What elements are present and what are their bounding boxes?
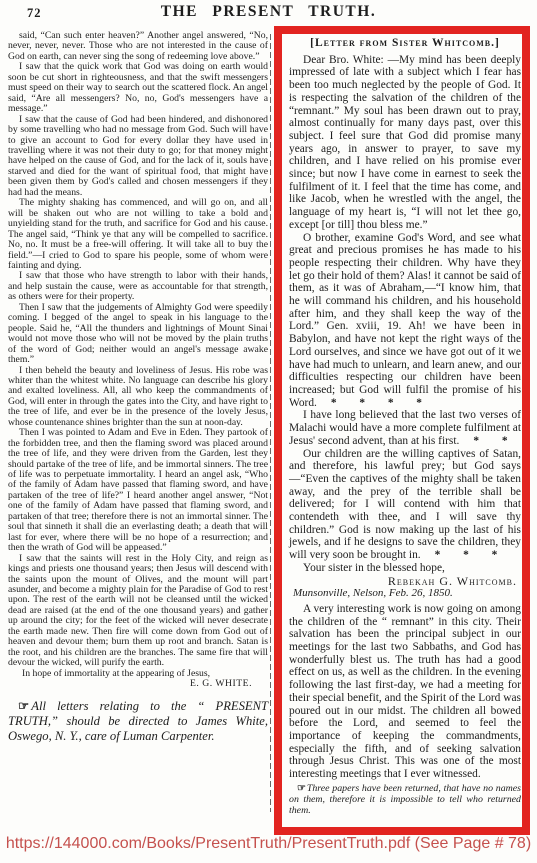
paragraph: The mighty shaking has commenced, and wi… [8, 198, 268, 271]
paragraph: I then beheld the beauty and loveliness … [8, 366, 268, 429]
editorial-notice: ☞All letters relating to the “ PRESENT T… [8, 699, 268, 745]
paragraph: I have long believed that the last two v… [289, 409, 521, 447]
asterisk-separator: * * [473, 435, 507, 447]
paragraph: I saw that the cause of God had been hin… [8, 115, 268, 199]
paragraph: Then I saw that the judgements of Almigh… [8, 303, 268, 366]
masthead-title: THE PRESENT TRUTH. [0, 3, 537, 21]
footer-caption: https://144000.com/Books/PresentTruth/Pr… [0, 835, 537, 853]
pointing-hand-icon: ☞ [297, 783, 306, 794]
paragraph: I saw that the saints will rest in the H… [8, 554, 268, 669]
paragraph: O brother, examine God's Word, and see w… [289, 232, 521, 410]
letter-dateline: Munsonville, Nelson, Feb. 26, 1850. [289, 587, 521, 600]
letter-paragraph-text: Dear Bro. White: —My mind has been deepl… [289, 54, 521, 231]
paragraph: said, “Can such enter heaven?” Another a… [8, 31, 268, 62]
letter-paragraph-text: O brother, examine God's Word, and see w… [289, 232, 521, 409]
letter-paragraph-text: Our children are the willing captives of… [289, 448, 521, 562]
paragraph: I saw that the quick work that God was d… [8, 62, 268, 114]
postscript-paragraph: A very interesting work is now going on … [289, 603, 521, 781]
column-divider [270, 34, 271, 812]
signature-eg-white: E. G. WHITE. [8, 679, 268, 689]
paragraph: Dear Bro. White: —My mind has been deepl… [289, 54, 521, 232]
asterisk-separator: * * * * [331, 397, 422, 409]
scanned-document-page: 72 THE PRESENT TRUTH. said, “Can such en… [0, 0, 537, 863]
asterisk-separator: * * * [435, 549, 498, 561]
paragraph: Our children are the willing captives of… [289, 448, 521, 562]
signature-whitcomb: Rebekah G. Whitcomb. [289, 575, 521, 588]
returned-papers-note: ☞Three papers have been returned, that h… [289, 783, 521, 817]
paragraph: I saw that those who have strength to la… [8, 271, 268, 302]
paragraph: Then I was pointed to Adam and Eve in Ed… [8, 428, 268, 553]
letter-closing: Your sister in the blessed hope, [289, 562, 521, 575]
editorial-notice-text: All letters relating to the “ PRESENT TR… [8, 699, 268, 743]
letter-column: [Letter from Sister Whitcomb.] Dear Bro.… [289, 37, 521, 816]
left-column: said, “Can such enter heaven?” Another a… [8, 31, 268, 744]
pointing-hand-icon: ☞ [18, 699, 29, 713]
letter-heading: [Letter from Sister Whitcomb.] [289, 37, 521, 50]
pdf-source-link[interactable]: https://144000.com/Books/PresentTruth/Pr… [6, 835, 531, 852]
returned-papers-note-text: Three papers have been returned, that ha… [289, 783, 521, 816]
